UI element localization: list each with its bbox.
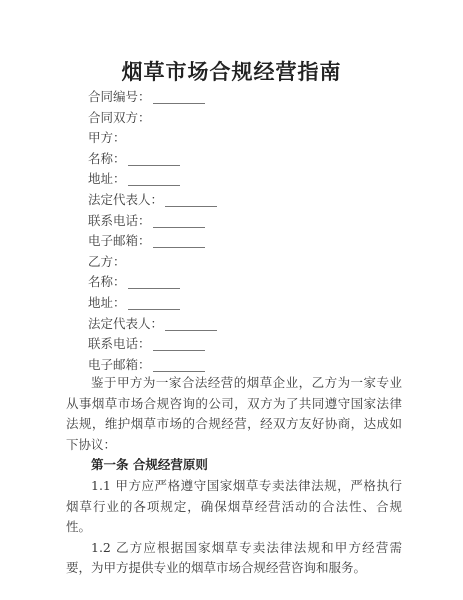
field-party-b-phone: 联系电话： [88,334,388,355]
blank-line [165,318,217,331]
field-contract-number: 合同编号： [88,87,388,108]
document-title: 烟草市场合规经营指南 [0,56,463,86]
field-party-b-name: 名称： [88,272,388,293]
blank-line [128,173,180,186]
blank-line [128,276,180,289]
field-party-a: 甲方： [88,128,388,149]
blank-line [153,359,205,372]
blank-line [128,153,180,166]
field-party-a-legal-rep: 法定代表人： [88,190,388,211]
field-label: 地址： [88,171,126,186]
document-page: 烟草市场合规经营指南 合同编号： 合同双方： 甲方： 名称： 地址： 法定代表人… [0,0,463,600]
field-label: 电子邮箱： [88,357,151,372]
field-label: 联系电话： [88,336,151,351]
field-parties: 合同双方： [88,108,388,129]
field-label: 合同双方： [88,110,151,125]
field-label: 名称： [88,151,126,166]
field-label: 法定代表人： [88,316,163,331]
field-party-a-email: 电子邮箱： [88,231,388,252]
blank-line [128,297,180,310]
document-body: 鉴于甲方为一家合法经营的烟草企业，乙方为一家专业从事烟草市场合规咨询的公司，双方… [66,373,402,579]
field-party-a-name: 名称： [88,149,388,170]
blank-line [153,235,205,248]
field-label: 法定代表人： [88,192,163,207]
field-label: 乙方： [88,254,126,269]
blank-line [165,194,217,207]
field-label: 联系电话： [88,213,151,228]
field-label: 甲方： [88,130,126,145]
field-label: 电子邮箱： [88,233,151,248]
clause-paragraph: 1.2 乙方应根据国家烟草专卖法律法规和甲方经营需要，为甲方提供专业的烟草市场合… [66,538,402,579]
blank-line [153,91,205,104]
field-label: 名称： [88,274,126,289]
field-label: 地址： [88,295,126,310]
preamble-paragraph: 鉴于甲方为一家合法经营的烟草企业，乙方为一家专业从事烟草市场合规咨询的公司，双方… [66,373,402,455]
field-label: 合同编号： [88,89,151,104]
section-heading: 第一条 合规经营原则 [66,455,402,476]
clause-paragraph: 1.1 甲方应严格遵守国家烟草专卖法律法规，严格执行烟草行业的各项规定，确保烟草… [66,476,402,538]
field-party-a-phone: 联系电话： [88,211,388,232]
field-party-b: 乙方： [88,252,388,273]
field-party-b-legal-rep: 法定代表人： [88,314,388,335]
blank-line [153,338,205,351]
blank-line [153,215,205,228]
field-party-b-address: 地址： [88,293,388,314]
contract-fields: 合同编号： 合同双方： 甲方： 名称： 地址： 法定代表人： 联系电话： 电子邮… [88,87,388,375]
field-party-a-address: 地址： [88,169,388,190]
